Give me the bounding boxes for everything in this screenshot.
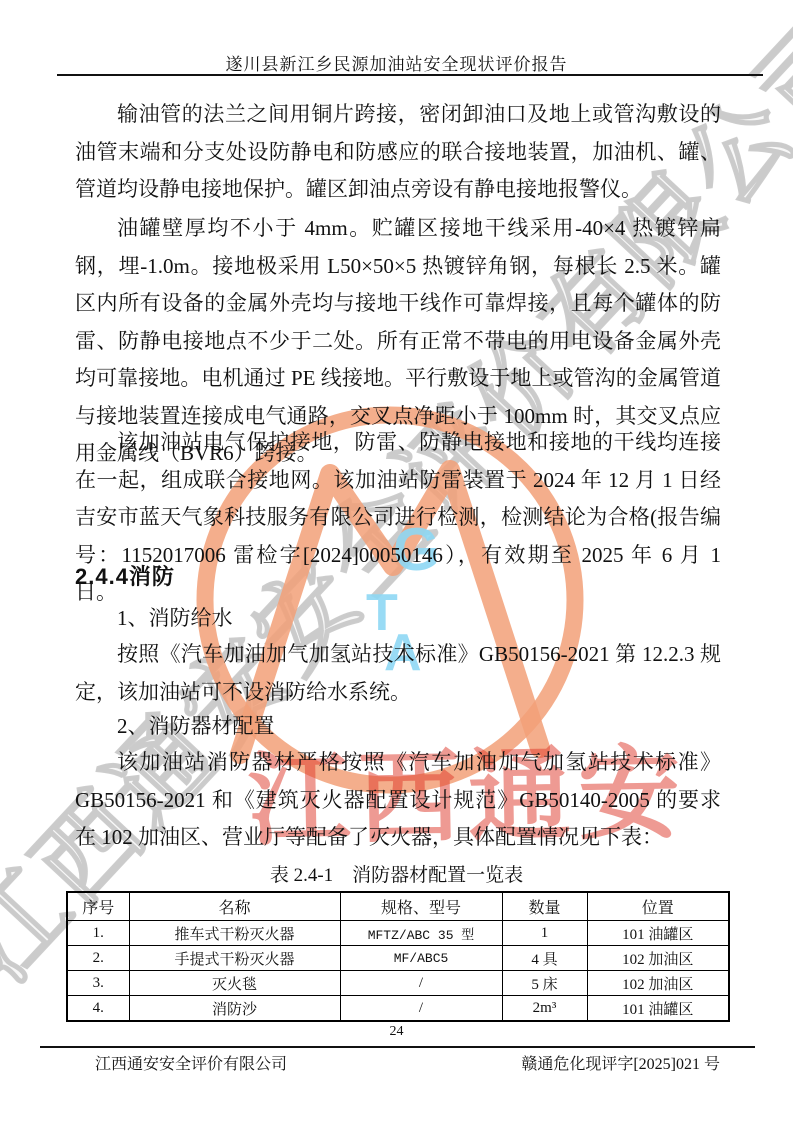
page-number: 24 [0, 1024, 793, 1040]
list-item-fire-equipment: 2、消防器材配置 [75, 708, 721, 746]
cell-model: / [340, 996, 502, 1022]
col-header-index: 序号 [67, 892, 129, 921]
footer-rule [40, 1046, 755, 1048]
cell-index: 3. [67, 971, 129, 996]
cell-index: 1. [67, 921, 129, 946]
cell-name: 手提式干粉灭火器 [129, 946, 340, 971]
cell-index: 2. [67, 946, 129, 971]
cell-model: MF/ABC5 [340, 946, 502, 971]
report-header-title: 遂川县新江乡民源加油站安全现状评价报告 [0, 50, 793, 75]
col-header-model: 规格、型号 [340, 892, 502, 921]
col-header-name: 名称 [129, 892, 340, 921]
cell-quantity: 4 具 [502, 946, 587, 971]
cell-location: 102 加油区 [587, 946, 729, 971]
footer-company-name: 江西通安安全评价有限公司 [95, 1051, 287, 1074]
paragraph-fire-water-standard: 按照《汽车加油加气加氢站技术标准》GB50156-2021 第 12.2.3 规… [75, 636, 721, 711]
document-page: 江西通安安全评价有限公司 G T A 江西通安 遂川县新江乡民源加油站安全现状评… [0, 0, 793, 1122]
page-content: 遂川县新江乡民源加油站安全现状评价报告 输油管的法兰之间用铜片跨接，密闭卸油口及… [0, 0, 793, 1122]
cell-name: 推车式干粉灭火器 [129, 921, 340, 946]
cell-location: 101 油罐区 [587, 996, 729, 1022]
table-row: 1. 推车式干粉灭火器 MFTZ/ABC 35 型 1 101 油罐区 [67, 921, 729, 946]
table-header-row: 序号 名称 规格、型号 数量 位置 [67, 892, 729, 921]
table-row: 4. 消防沙 / 2m³ 101 油罐区 [67, 996, 729, 1022]
cell-quantity: 5 床 [502, 971, 587, 996]
fire-equipment-table: 序号 名称 规格、型号 数量 位置 1. 推车式干粉灭火器 MFTZ/ABC 3… [66, 891, 730, 1022]
col-header-quantity: 数量 [502, 892, 587, 921]
paragraph-fire-equipment-config: 该加油站消防器材严格按照《汽车加油加气加氢站技术标准》GB50156-2021 … [75, 744, 721, 857]
cell-model: / [340, 971, 502, 996]
table-caption: 表 2.4-1 消防器材配置一览表 [0, 860, 793, 887]
cell-index: 4. [67, 996, 129, 1022]
cell-name: 消防沙 [129, 996, 340, 1022]
table-row: 3. 灭火毯 / 5 床 102 加油区 [67, 971, 729, 996]
cell-model: MFTZ/ABC 35 型 [340, 921, 502, 946]
header-rule [57, 74, 763, 76]
cell-location: 102 加油区 [587, 971, 729, 996]
cell-quantity: 1 [502, 921, 587, 946]
section-heading-2-4-4: 2.4.4消防 [75, 560, 175, 591]
table-row: 2. 手提式干粉灭火器 MF/ABC5 4 具 102 加油区 [67, 946, 729, 971]
list-item-fire-water: 1、消防给水 [75, 600, 721, 638]
cell-quantity: 2m³ [502, 996, 587, 1022]
footer-document-number: 赣通危化现评字[2025]021 号 [521, 1051, 720, 1074]
col-header-location: 位置 [587, 892, 729, 921]
cell-name: 灭火毯 [129, 971, 340, 996]
cell-location: 101 油罐区 [587, 921, 729, 946]
paragraph-pipeline-grounding: 输油管的法兰之间用铜片跨接，密闭卸油口及地上或管沟敷设的油管末端和分支处设防静电… [75, 96, 721, 209]
